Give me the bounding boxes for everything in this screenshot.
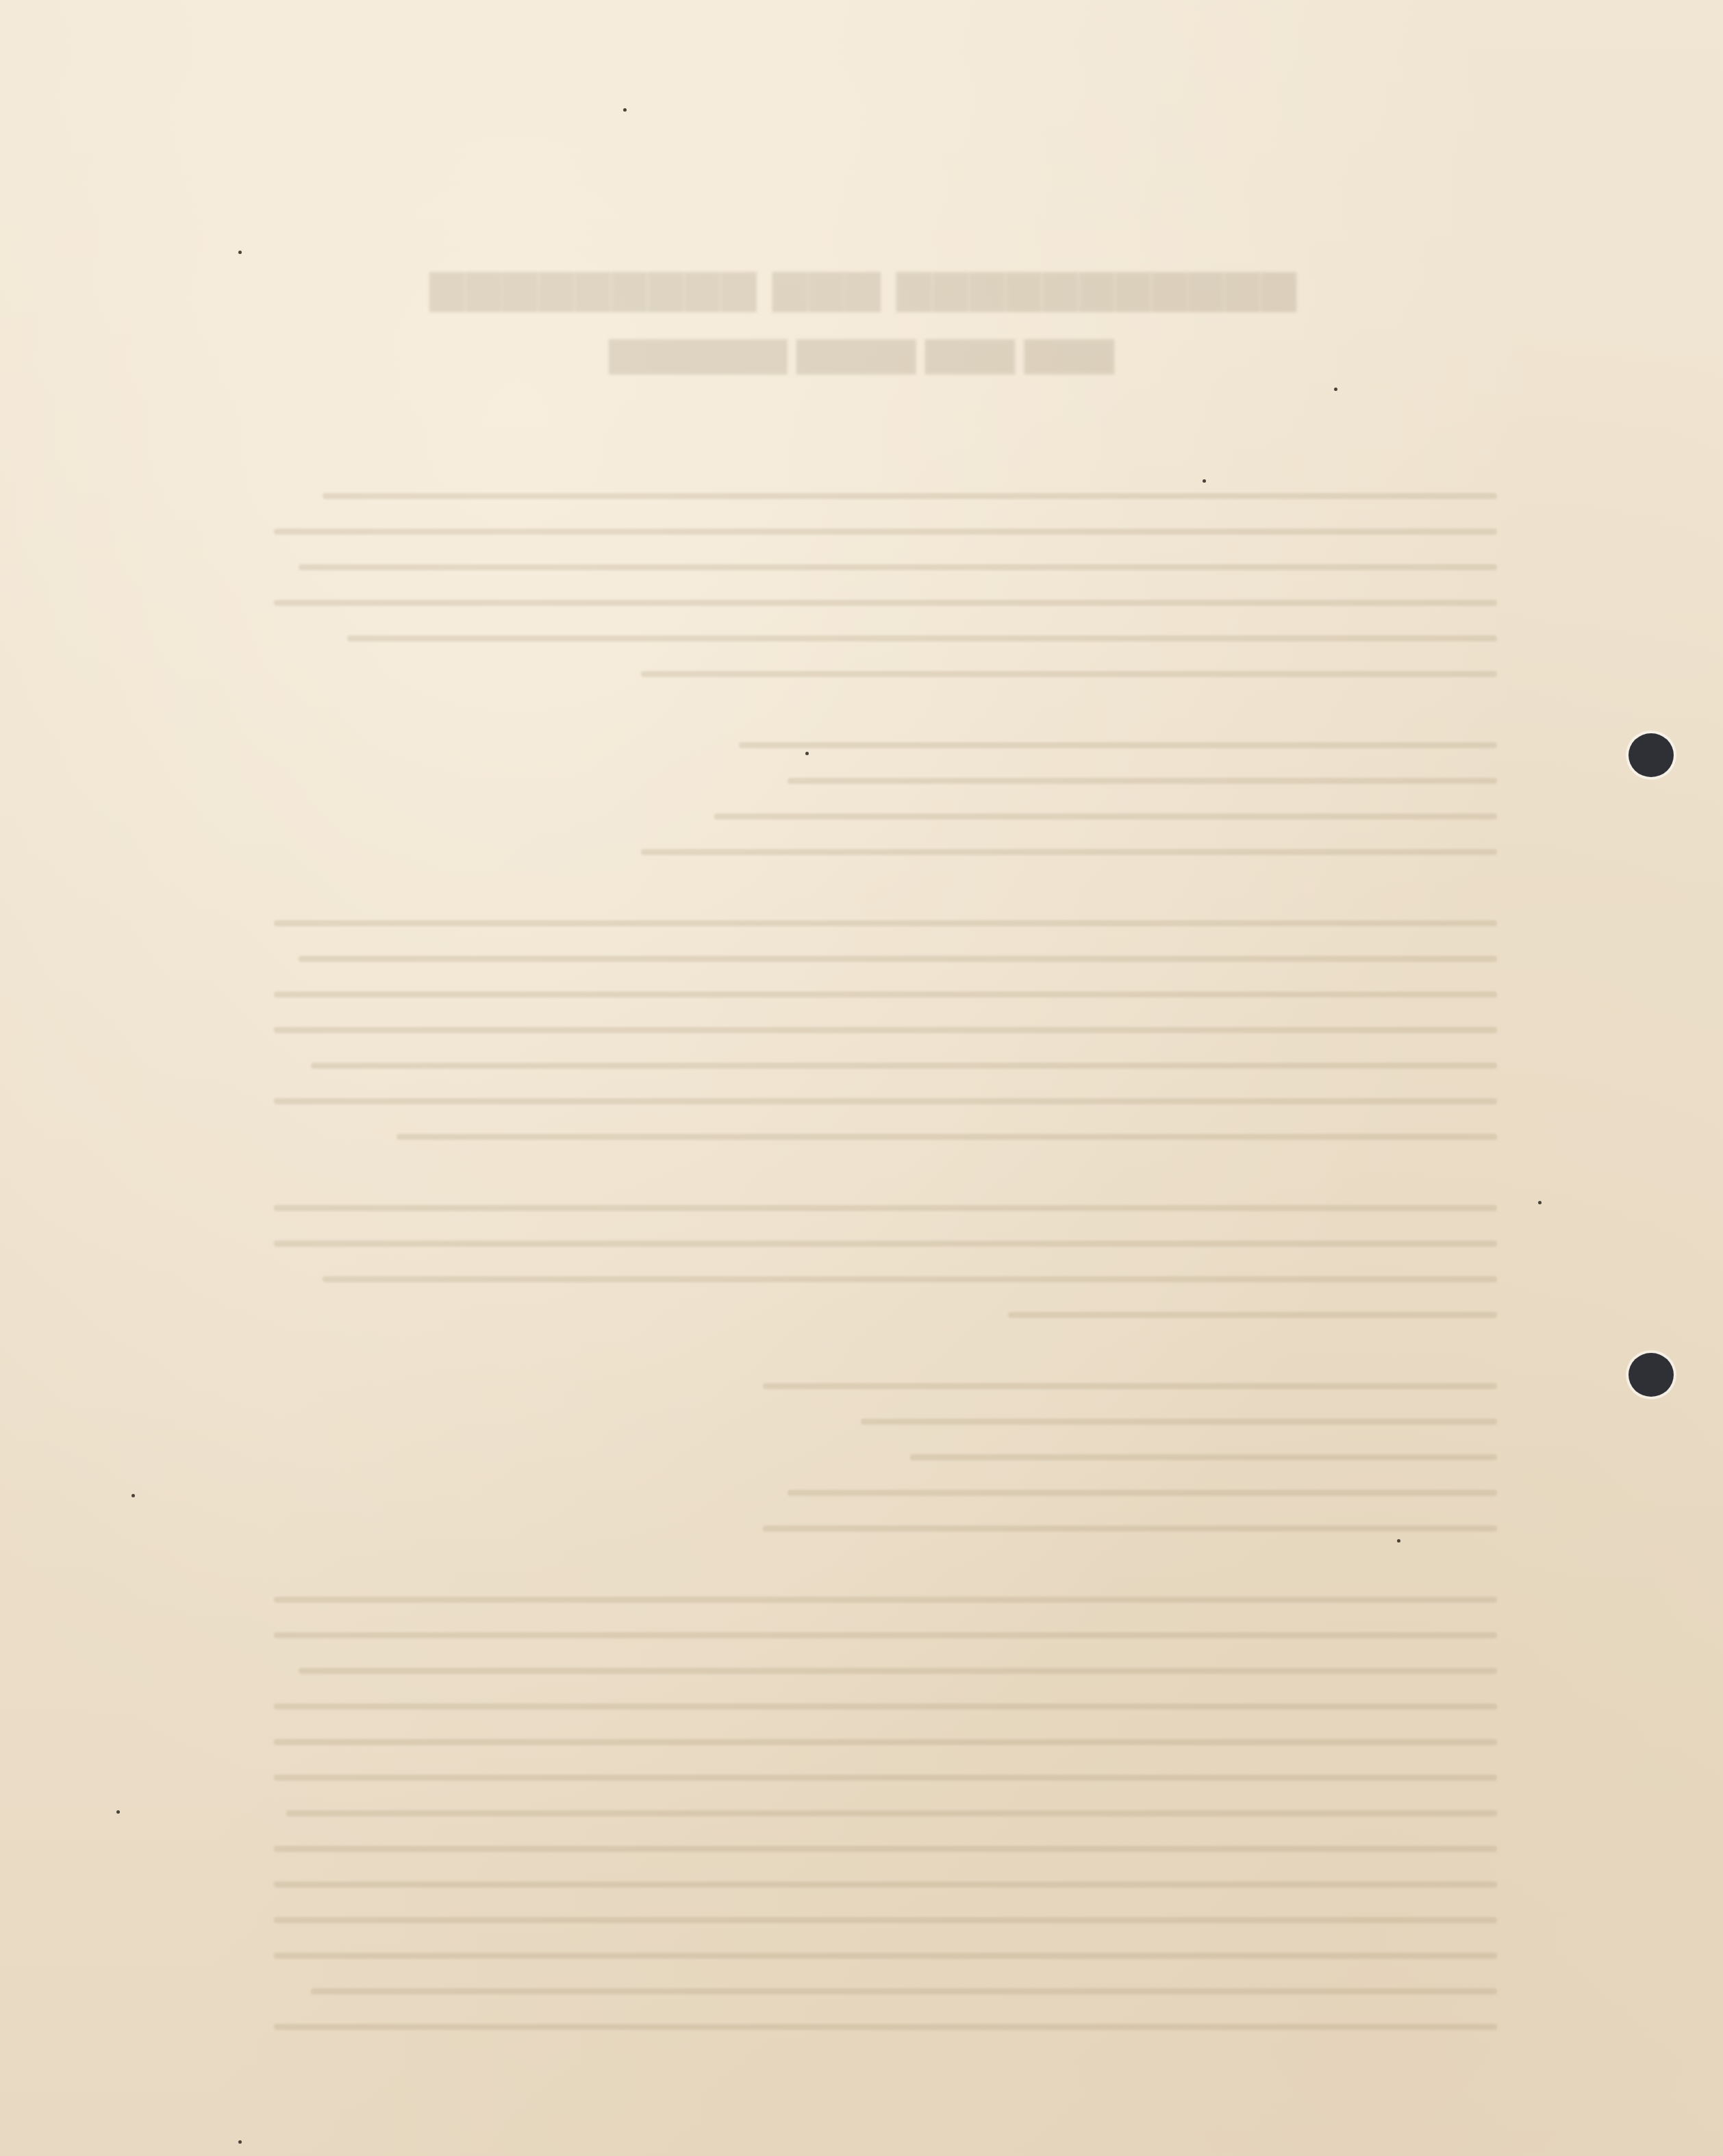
bleed-line — [274, 529, 1497, 535]
bleed-line — [641, 671, 1497, 677]
bleed-line — [714, 813, 1497, 820]
bleed-line — [274, 1846, 1497, 1852]
bleed-line — [274, 1632, 1497, 1638]
bleed-line — [641, 849, 1497, 855]
bleed-line — [347, 635, 1497, 642]
bleed-line — [274, 1953, 1497, 1959]
dust-speck — [1397, 1539, 1400, 1543]
dust-speck — [1203, 479, 1206, 483]
bleed-line — [274, 600, 1497, 606]
dust-speck — [131, 1494, 135, 1497]
bleed-line — [274, 1205, 1497, 1211]
dust-speck — [1538, 1201, 1542, 1204]
bleed-line — [323, 493, 1497, 499]
dust-speck — [1334, 388, 1337, 391]
dust-speck — [623, 108, 627, 112]
bleed-line — [299, 1668, 1497, 1674]
bleed-line — [274, 1917, 1497, 1923]
punch-hole-bottom — [1628, 1353, 1674, 1397]
bleed-line — [311, 1063, 1497, 1069]
bleed-line — [299, 564, 1497, 570]
bleed-body-lines — [274, 493, 1497, 1978]
bleed-line — [274, 1703, 1497, 1710]
dust-speck — [238, 251, 242, 254]
bleed-through-text: ▆▆▆▆▆▆▆▆▆▆▆ ▆▆▆ ▆▆▆▆▆▆▆▆▆ ▆▆▆ ▆▆▆ ▆▆▆▆ ▆… — [0, 0, 1723, 2156]
bleed-line — [274, 1098, 1497, 1104]
document-page: ▆▆▆▆▆▆▆▆▆▆▆ ▆▆▆ ▆▆▆▆▆▆▆▆▆ ▆▆▆ ▆▆▆ ▆▆▆▆ ▆… — [0, 0, 1723, 2156]
bleed-line — [286, 1810, 1497, 1816]
bleed-title-shape: ▆▆▆▆▆▆▆▆▆▆▆ ▆▆▆ ▆▆▆▆▆▆▆▆▆ — [0, 260, 1723, 312]
bleed-line — [397, 1134, 1497, 1140]
bleed-line — [739, 742, 1497, 748]
bleed-line — [763, 1383, 1497, 1389]
bleed-line — [861, 1419, 1497, 1425]
bleed-line — [323, 1276, 1497, 1282]
bleed-line — [274, 1881, 1497, 1888]
bleed-line — [299, 956, 1497, 962]
bleed-line — [274, 920, 1497, 926]
bleed-line — [1008, 1312, 1497, 1318]
bleed-line — [274, 2024, 1497, 2030]
bleed-line — [274, 991, 1497, 998]
dust-speck — [116, 1810, 120, 1814]
dust-speck — [238, 2140, 242, 2144]
punch-hole-top — [1628, 733, 1674, 777]
dust-speck — [805, 752, 809, 755]
bleed-line — [788, 778, 1497, 784]
bleed-line — [274, 1775, 1497, 1781]
bleed-line — [274, 1027, 1497, 1033]
bleed-subtitle-shape: ▆▆▆ ▆▆▆ ▆▆▆▆ ▆▆▆▆▆▆ — [0, 329, 1723, 374]
bleed-line — [910, 1454, 1497, 1460]
bleed-line — [274, 1597, 1497, 1603]
bleed-line — [274, 1739, 1497, 1745]
bleed-line — [788, 1490, 1497, 1496]
bleed-line — [763, 1525, 1497, 1532]
bleed-line — [311, 1988, 1497, 1994]
bleed-line — [274, 1241, 1497, 1247]
